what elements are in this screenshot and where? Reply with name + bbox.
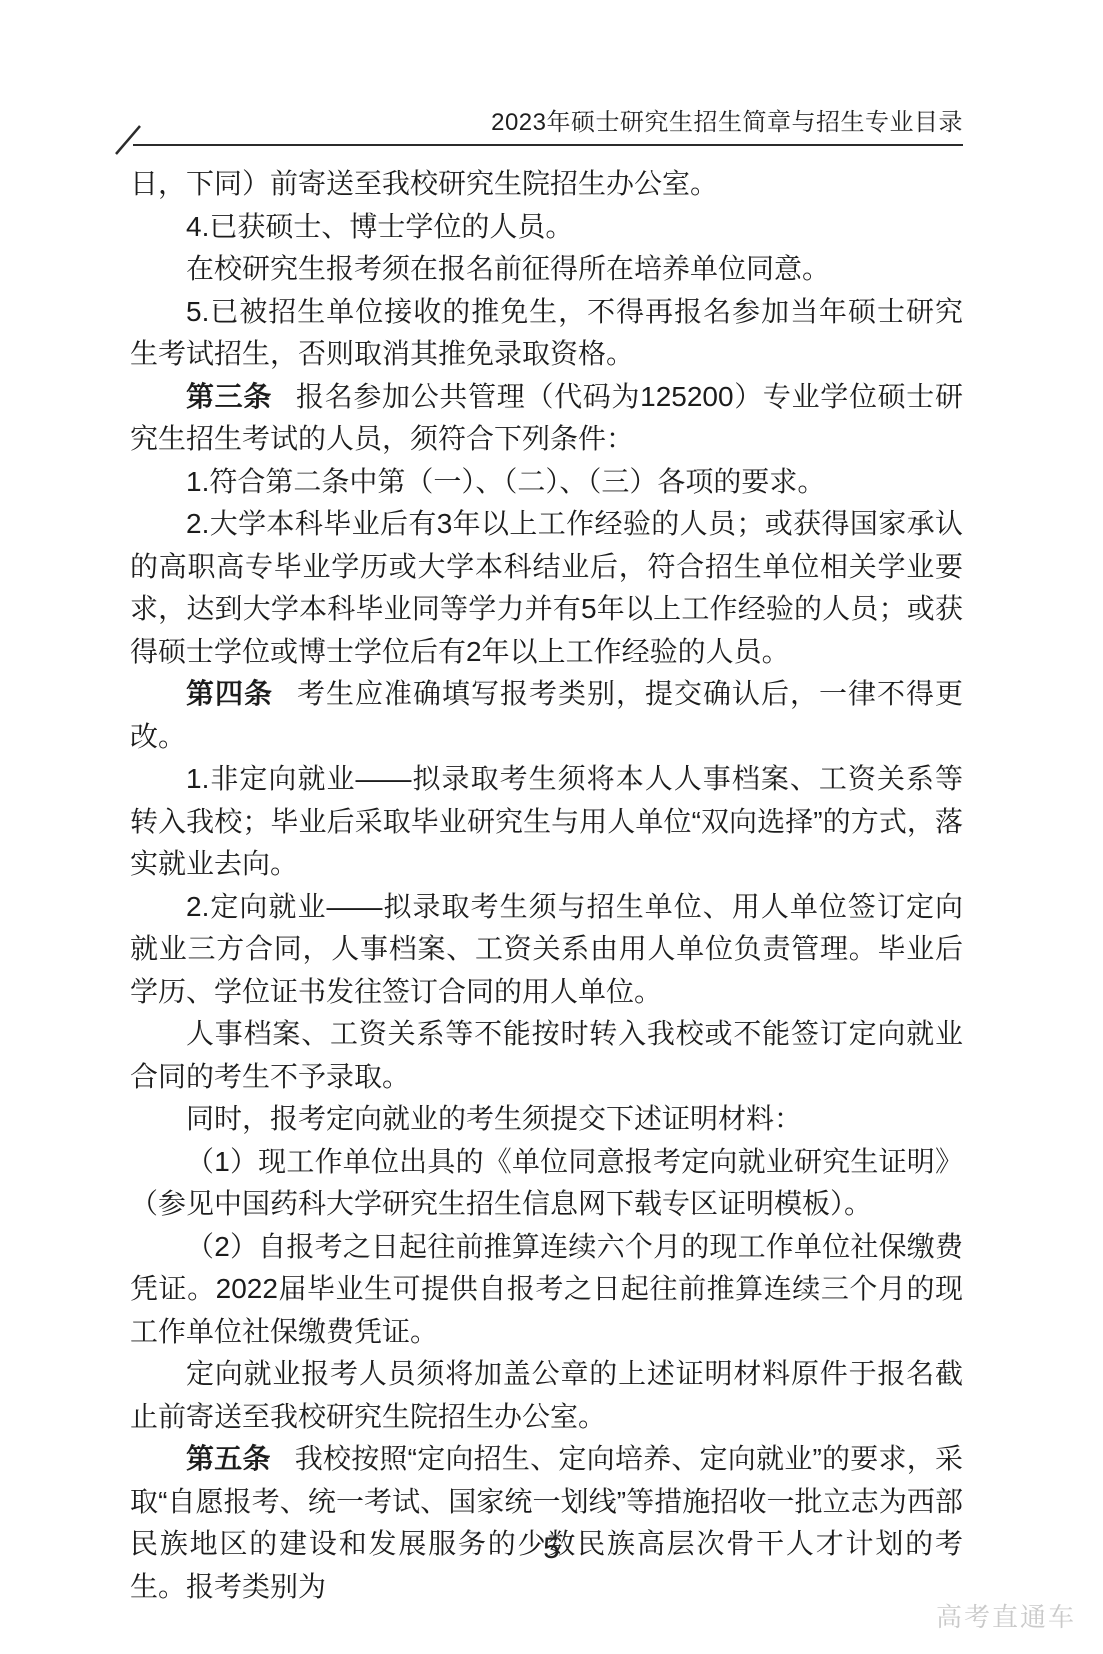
paragraph: 第四条考生应准确填写报考类别，提交确认后，一律不得更改。	[130, 673, 963, 758]
paragraph: 1.非定向就业——拟录取考生须将本人人事档案、工资关系等转入我校；毕业后采取毕业…	[130, 758, 963, 886]
paragraph: （2）自报考之日起往前推算连续六个月的现工作单位社保缴费凭证。2022届毕业生可…	[130, 1226, 963, 1354]
document-body: 日，下同）前寄送至我校研究生院招生办公室。4.已获硕士、博士学位的人员。在校研究…	[130, 163, 963, 1608]
document-page: 2023年硕士研究生招生简章与招生专业目录 日，下同）前寄送至我校研究生院招生办…	[0, 0, 1103, 1654]
page-number: 5	[0, 1532, 1103, 1566]
paragraph: 人事档案、工资关系等不能按时转入我校或不能签订定向就业合同的考生不予录取。	[130, 1013, 963, 1098]
article-term: 第五条	[186, 1443, 271, 1474]
article-term: 第三条	[186, 381, 272, 412]
paragraph: 2.大学本科毕业后有3年以上工作经验的人员；或获得国家承认的高职高专毕业学历或大…	[130, 503, 963, 673]
header-tick-mark	[110, 120, 144, 158]
paragraph: 4.已获硕士、博士学位的人员。	[130, 206, 963, 249]
paragraph: 2.定向就业——拟录取考生须与招生单位、用人单位签订定向就业三方合同，人事档案、…	[130, 886, 963, 1014]
paragraph: 第三条报名参加公共管理（代码为125200）专业学位硕士研究生招生考试的人员，须…	[130, 376, 963, 461]
header-rule	[133, 144, 963, 146]
paragraph: 5.已被招生单位接收的推免生，不得再报名参加当年硕士研究生考试招生，否则取消其推…	[130, 291, 963, 376]
paragraph: 第五条我校按照“定向招生、定向培养、定向就业”的要求，采取“自愿报考、统一考试、…	[130, 1438, 963, 1608]
page-header-title: 2023年硕士研究生招生简章与招生专业目录	[130, 102, 963, 137]
paragraph: 在校研究生报考须在报名前征得所在培养单位同意。	[130, 248, 963, 291]
article-term: 第四条	[186, 678, 273, 709]
paragraph: 定向就业报考人员须将加盖公章的上述证明材料原件于报名截止前寄送至我校研究生院招生…	[130, 1353, 963, 1438]
watermark: 高考直通车	[936, 1597, 1076, 1634]
paragraph: 1.符合第二条中第（一）、（二）、（三）各项的要求。	[130, 461, 963, 504]
paragraph: 同时，报考定向就业的考生须提交下述证明材料：	[130, 1098, 963, 1141]
paragraph: （1）现工作单位出具的《单位同意报考定向就业研究生证明》（参见中国药科大学研究生…	[130, 1141, 963, 1226]
paragraph: 日，下同）前寄送至我校研究生院招生办公室。	[130, 163, 963, 206]
